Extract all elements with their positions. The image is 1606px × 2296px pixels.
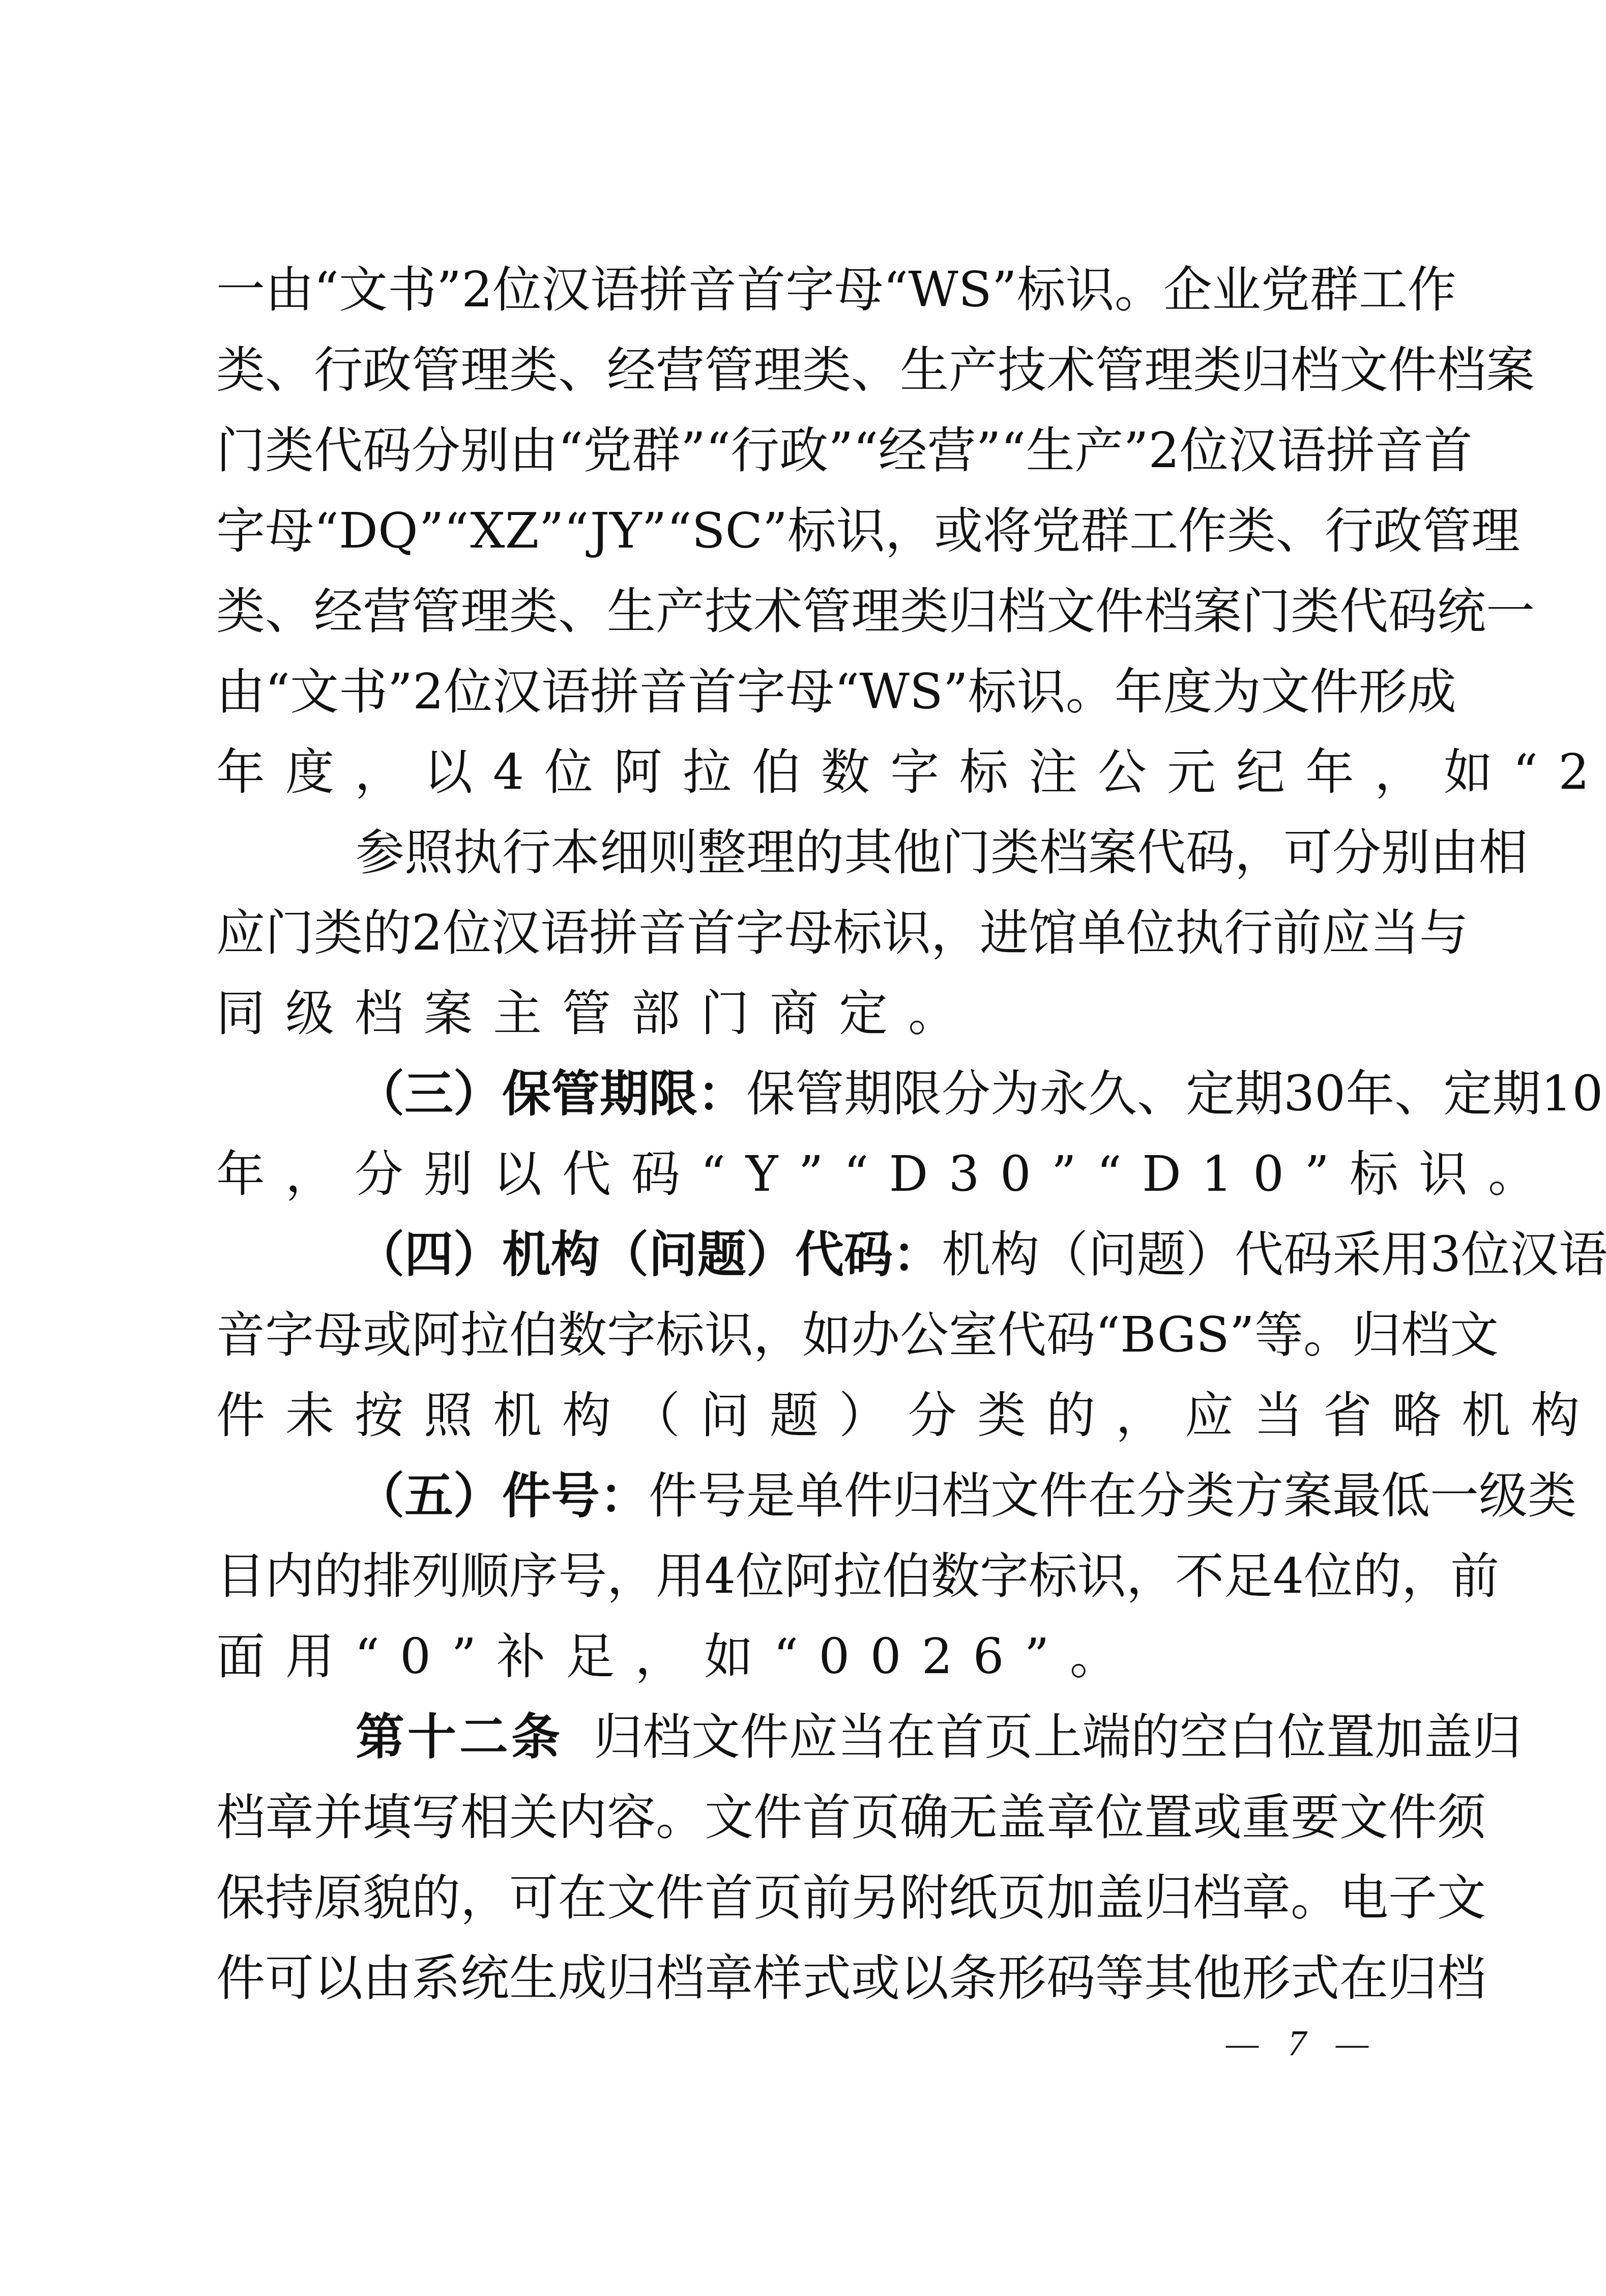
- text-line: 同级档案主管部门商定。: [216, 973, 1407, 1053]
- text-line: 由“文书”2位汉语拼音首字母“WS”标识。年度为文件形成: [216, 651, 1407, 732]
- text-line: 保持原貌的，可在文件首页前另附纸页加盖归档章。电子文: [216, 1857, 1407, 1938]
- section-retention-period: （三）保管期限：保管期限分为永久、定期30年、定期10: [356, 1053, 1407, 1134]
- section-text: 保管期限分为永久、定期30年、定期10: [746, 1065, 1603, 1122]
- text-line: 年，分别以代码“Y”“D30”“D10”标识。: [216, 1134, 1407, 1214]
- text-line: 件未按照机构（问题）分类的，应当省略机构（问题）代码。: [216, 1375, 1407, 1455]
- section-heading-item-number: （五）件号：: [356, 1467, 649, 1524]
- paragraph-first-line: 参照执行本细则整理的其他门类档案代码，可分别由相: [356, 812, 1407, 893]
- text-line: 件可以由系统生成归档章样式或以条形码等其他形式在归档: [216, 1938, 1407, 2018]
- document-page: 一由“文书”2位汉语拼音首字母“WS”标识。企业党群工作 类、行政管理类、经营管…: [0, 0, 1606, 2296]
- text-line: 字母“DQ”“XZ”“JY”“SC”标识，或将党群工作类、行政管理: [216, 491, 1407, 571]
- text-line: 年度，以4位阿拉伯数字标注公元纪年，如“2025”。: [216, 732, 1407, 812]
- text-line: 目内的排列顺序号，用4位阿拉伯数字标识，不足4位的，前: [216, 1536, 1407, 1616]
- text-line: 档章并填写相关内容。文件首页确无盖章位置或重要文件须: [216, 1777, 1407, 1857]
- article-text: 归档文件应当在首页上端的空白位置加盖归: [594, 1708, 1522, 1765]
- section-text: 件号是单件归档文件在分类方案最低一级类: [649, 1467, 1576, 1524]
- text-line: 门类代码分别由“党群”“行政”“经营”“生产”2位汉语拼音首: [216, 410, 1407, 491]
- section-item-number: （五）件号：件号是单件归档文件在分类方案最低一级类: [356, 1455, 1407, 1536]
- text-line: 应门类的2位汉语拼音首字母标识，进馆单位执行前应当与: [216, 893, 1407, 973]
- article-heading: 第十二条: [356, 1708, 563, 1765]
- text-line: 一由“文书”2位汉语拼音首字母“WS”标识。企业党群工作: [216, 249, 1407, 330]
- text-line: 类、经营管理类、生产技术管理类归档文件档案门类代码统一: [216, 571, 1407, 651]
- text-line: 类、行政管理类、经营管理类、生产技术管理类归档文件档案: [216, 330, 1407, 410]
- article-12: 第十二条归档文件应当在首页上端的空白位置加盖归: [356, 1697, 1407, 1777]
- text-line: 面用“0”补足，如“0026”。: [216, 1616, 1407, 1697]
- section-text: 机构（问题）代码采用3位汉语拼: [942, 1226, 1606, 1283]
- section-heading-org-code: （四）机构（问题）代码：: [356, 1225, 942, 1283]
- section-heading-retention: （三）保管期限：: [356, 1065, 746, 1122]
- text-line: 音字母或阿拉伯数字标识，如办公室代码“BGS”等。归档文: [216, 1295, 1407, 1375]
- section-org-code: （四）机构（问题）代码：机构（问题）代码采用3位汉语拼: [356, 1214, 1407, 1295]
- page-number: — 7 —: [1221, 2018, 1374, 2069]
